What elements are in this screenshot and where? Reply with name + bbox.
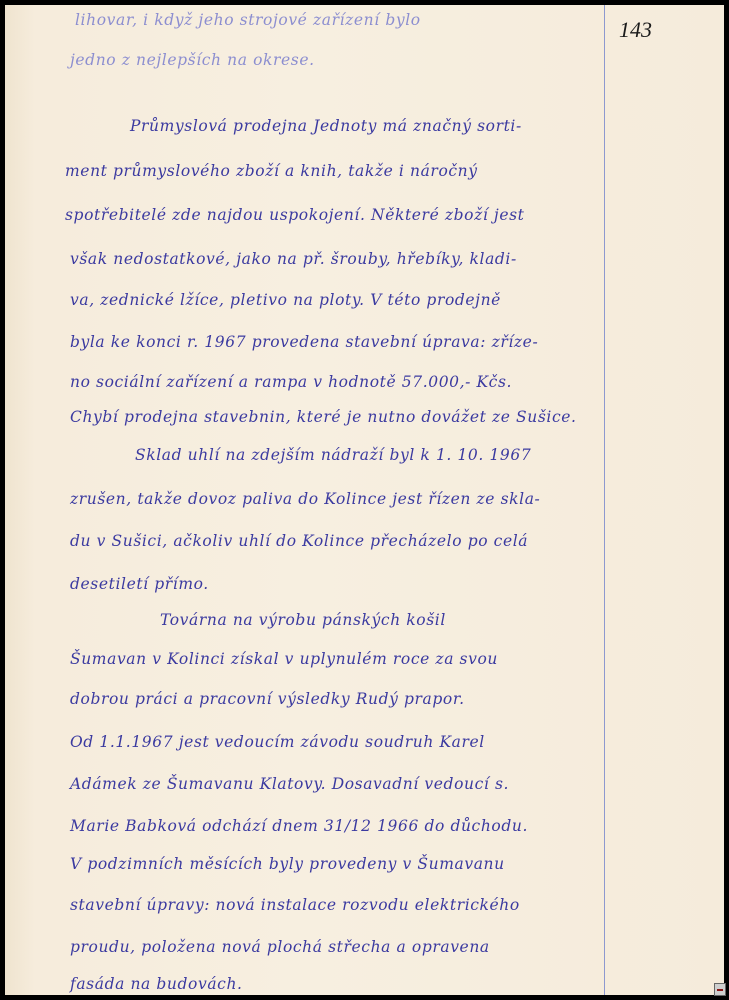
handwritten-line: byla ke konci r. 1967 provedena stavební…	[70, 333, 538, 351]
handwritten-line: Šumavan v Kolinci získal v uplynulém roc…	[70, 650, 498, 668]
handwritten-line: spotřebitelé zde najdou uspokojení. Někt…	[65, 206, 525, 224]
handwritten-line: Adámek ze Šumavanu Klatovy. Dosavadní ve…	[70, 775, 509, 793]
handwritten-line: Průmyslová prodejna Jednoty má značný so…	[130, 117, 522, 135]
handwritten-line: jedno z nejlepších na okrese.	[70, 51, 315, 69]
handwritten-line: va, zednické lžíce, pletivo na ploty. V …	[70, 291, 501, 309]
handwritten-line: dobrou práci a pracovní výsledky Rudý pr…	[70, 690, 465, 708]
page-number: 143	[619, 17, 652, 43]
handwritten-line: Marie Babková odchází dnem 31/12 1966 do…	[70, 817, 528, 835]
handwritten-line: Chybí prodejna stavebnin, které je nutno…	[70, 408, 577, 426]
margin-line	[604, 5, 605, 995]
handwritten-line: Sklad uhlí na zdejším nádraží byl k 1. 1…	[135, 446, 531, 464]
handwritten-line: stavební úpravy: nová instalace rozvodu …	[70, 896, 520, 914]
handwritten-line: proudu, položena nová plochá střecha a o…	[70, 938, 490, 956]
handwritten-line: zrušen, takže dovoz paliva do Kolince je…	[70, 490, 540, 508]
notebook-page: 143 lihovar, i když jeho strojové zaříze…	[5, 5, 724, 995]
handwritten-line: desetiletí přímo.	[70, 575, 209, 593]
handwritten-line: lihovar, i když jeho strojové zařízení b…	[75, 11, 421, 29]
handwritten-line: V podzimních měsících byly provedeny v Š…	[70, 855, 505, 873]
handwritten-line: du v Sušici, ačkoliv uhlí do Kolince pře…	[70, 532, 528, 550]
handwritten-line: ment průmyslového zboží a knih, takže i …	[65, 162, 478, 180]
handwritten-line: Továrna na výrobu pánských košil	[160, 611, 446, 629]
window-resize-icon[interactable]	[714, 983, 726, 996]
handwritten-line: Od 1.1.1967 jest vedoucím závodu soudruh…	[70, 733, 485, 751]
handwritten-line: však nedostatkové, jako na př. šrouby, h…	[70, 250, 517, 268]
handwritten-line: fasáda na budovách.	[70, 975, 243, 993]
handwritten-line: no sociální zařízení a rampa v hodnotě 5…	[70, 373, 512, 391]
